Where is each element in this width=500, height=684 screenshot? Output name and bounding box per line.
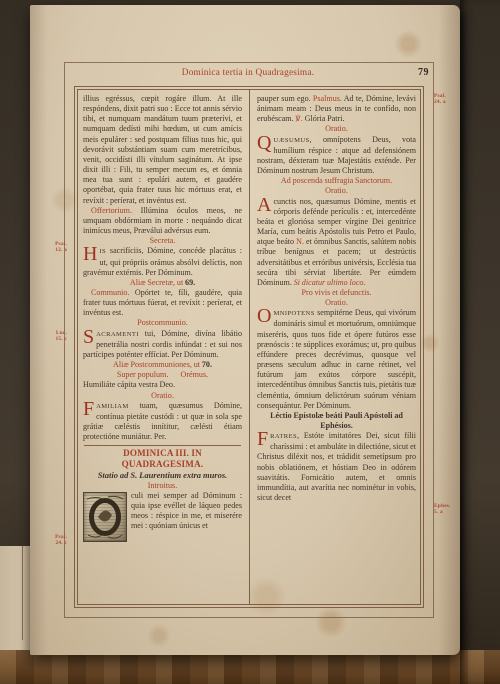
margin-note-line: 12. a	[40, 247, 67, 253]
drop-cap-F: F	[83, 401, 96, 420]
margin-note-line: 24. a	[434, 99, 460, 105]
page-number: 79	[418, 67, 429, 78]
rubric-heading: Oratio.	[257, 124, 416, 134]
paragraph: pauper sum ego. Psalmus. Ad te, Dómine, …	[257, 94, 416, 124]
text-run: Oratio.	[325, 298, 348, 307]
text-run: Secreta.	[150, 236, 176, 245]
text-run: ℣.	[295, 114, 302, 123]
drop-cap-Q: Q	[257, 135, 273, 154]
book-binding	[460, 0, 500, 684]
woodcut-initial-O	[83, 492, 127, 542]
prayer-paragraph: OMNIPOTENS sempitérne Deus, qui vivórum …	[257, 308, 416, 411]
paragraph: illius egréssus, cœpit rogáre illum. At …	[83, 94, 242, 206]
drop-cap-S: S	[83, 329, 96, 348]
text-run: AMILIAM	[96, 403, 128, 410]
drop-cap-O: O	[257, 308, 273, 327]
text-run: Aliæ Postcommuniones, ut	[113, 360, 202, 369]
text-run: Introitus.	[148, 481, 177, 490]
rubric-heading: Secreta.	[83, 236, 242, 246]
right-column: pauper sum ego. Psalmus. Ad te, Dómine, …	[257, 94, 416, 601]
rubric-reference: Super populum. Orémus.	[83, 370, 242, 380]
paragraph: Communio. Opórtet te, fíli, gaudére, qui…	[83, 288, 242, 318]
margin-note-line: 24. c	[40, 540, 67, 546]
running-header: Dominica tertia in Quadragesima. 79	[64, 68, 432, 82]
rubric-heading: Postcommunio.	[83, 318, 242, 328]
rubric-heading: Oratio.	[83, 391, 242, 401]
text-run: illius egréssus, cœpit rogáre illum. At …	[83, 94, 242, 205]
prayer-paragraph: A cunctis nos, quæsumus Dómine, mentis e…	[257, 197, 416, 288]
rubric-heading: Oratio.	[257, 298, 416, 308]
text-run: sacrifíciis, Dómine, concéde placátus : …	[83, 246, 242, 276]
margin-note-line: 15. c	[40, 336, 67, 342]
text-run: , Estóte imitatóres Dei, sicut fílii cha…	[257, 431, 416, 502]
introit-paragraph: culi mei semper ad Dóminum : quia ipse e…	[83, 491, 242, 532]
text-run: Si dicatur ultimo loco.	[294, 278, 366, 287]
text-run: Ad poscenda suffragia Sanctorum.	[281, 176, 392, 185]
table-surface	[0, 650, 500, 684]
text-run: sempitérne Deus, qui vivórum domináris s…	[257, 308, 416, 409]
text-run: Offertorium.	[91, 206, 141, 215]
paragraph: Offertorium. Illúmina óculos meos, ne um…	[83, 206, 242, 236]
drop-cap-H: H	[83, 246, 99, 265]
drop-cap-A: A	[257, 197, 273, 216]
rubric-heading: Oratio.	[257, 186, 416, 196]
text-run: Oratio.	[151, 391, 174, 400]
drop-cap-F: F	[257, 431, 270, 450]
text-run: pauper sum ego.	[257, 94, 313, 103]
prayer-paragraph: FRATRES, Estóte imitatóres Dei, sicut fí…	[257, 431, 416, 503]
column-divider	[249, 89, 250, 604]
margin-note: Psal.12. a	[40, 241, 67, 253]
header-title: Dominica tertia in Quadragesima.	[64, 68, 432, 78]
rubric-reference: Aliæ Secretæ, ut 69.	[83, 278, 242, 288]
prayer-paragraph: QUÆSUMUS, omnípotens Deus, vota humílium…	[257, 135, 416, 177]
paragraph: Humiliáte cápita vestra Deo.	[83, 380, 242, 390]
text-run: RATRES	[270, 433, 297, 440]
text-run: Oratio.	[325, 186, 348, 195]
separator-rule	[84, 445, 241, 446]
prayer-paragraph: SACRAMENTI tui, Dómine, divína libátio p…	[83, 329, 242, 360]
margin-note: Ephes.5. a	[434, 503, 460, 515]
text-run: ACRAMENTI	[96, 331, 139, 338]
text-run: Léctio Epístolæ beáti Pauli Apóstoli ad …	[270, 411, 403, 430]
text-run: 69.	[185, 278, 195, 287]
text-run: N.	[296, 237, 304, 246]
text-run: Aliæ Secretæ, ut	[130, 278, 185, 287]
rubric-heading: Introitus.	[83, 481, 242, 491]
prayer-paragraph: HIS sacrifíciis, Dómine, concéde placátu…	[83, 246, 242, 277]
book-photo: Dominica tertia in Quadragesima. 79 illi…	[0, 0, 500, 684]
woodcut-initial-O-icon	[84, 493, 126, 541]
text-run: Statio ad S. Laurentium extra muros.	[98, 470, 228, 480]
text-run: Super populum. Orémus.	[117, 370, 208, 379]
feast-title: DOMINICA III. IN QUADRAGESIMA.	[83, 448, 242, 470]
text-run: Communio.	[91, 288, 135, 297]
margin-note-line: 5. a	[434, 509, 460, 515]
text-run: culi mei semper ad Dóminum : quia ipse e…	[131, 491, 242, 530]
underlying-page-edge	[0, 546, 30, 658]
left-column: illius egréssus, cœpit rogáre illum. At …	[83, 94, 242, 601]
text-run: MNIPOTENS	[273, 310, 314, 317]
book-page: Dominica tertia in Quadragesima. 79 illi…	[30, 5, 460, 655]
statio-line: Statio ad S. Laurentium extra muros.	[83, 470, 242, 481]
prayer-paragraph: FAMILIAM tuam, quæsumus Dómine, contínua…	[83, 401, 242, 443]
margin-note: Psal.24. c	[40, 534, 67, 546]
text-run: Oratio.	[325, 124, 348, 133]
text-run: DOMINICA III. IN QUADRAGESIMA.	[122, 448, 204, 469]
text-run: Humiliáte cápita vestra Deo.	[83, 380, 175, 389]
text-run: 70.	[202, 360, 212, 369]
rubric-reference: Aliæ Postcommuniones, ut 70.	[83, 360, 242, 370]
text-run: Pro vivis et defunctis.	[302, 288, 372, 297]
lesson-title: Léctio Epístolæ beáti Pauli Apóstoli ad …	[257, 411, 416, 431]
text-run: Glória Patri.	[303, 114, 345, 123]
margin-note: Psal.24. a	[434, 93, 460, 105]
text-run: Postcommunio.	[137, 318, 188, 327]
rubric-heading: Pro vivis et defunctis.	[257, 288, 416, 298]
text-run: UÆSUMUS	[273, 137, 309, 144]
margin-note: Luc.15. c	[40, 330, 67, 342]
text-run: Psalmus.	[313, 94, 344, 103]
rubric-heading: Ad poscenda suffragia Sanctorum.	[257, 176, 416, 186]
